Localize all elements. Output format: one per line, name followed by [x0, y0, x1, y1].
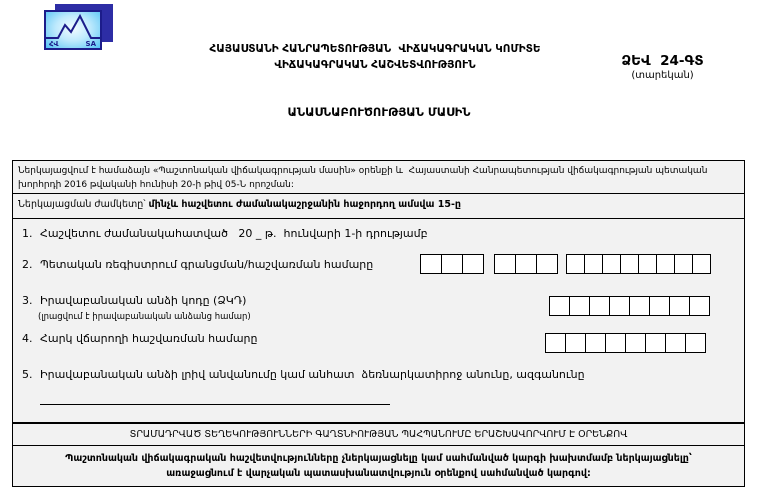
digit-cell[interactable]: [536, 254, 558, 274]
item-4-number: 4.: [22, 332, 33, 345]
legal-basis-text: Ներկայացվում է համաձայն «Պաշտոնական վիճա…: [18, 164, 740, 192]
registry-number-cells-group-2[interactable]: [494, 254, 558, 274]
digit-cell[interactable]: [545, 333, 566, 353]
digit-cell[interactable]: [638, 254, 657, 274]
digit-cell[interactable]: [649, 296, 670, 316]
form-title: ԱՆԱՍՆԱԲՈՒԾՈՒԹՅԱՆ ՄԱՍԻՆ: [99, 105, 659, 119]
digit-cell[interactable]: [420, 254, 442, 274]
armstat-logo: ՀՎ SA: [44, 10, 102, 50]
committee-name: ՀԱՅԱՍՏԱՆԻ ՀԱՆՐԱՊԵՏՈՒԹՅԱՆ ՎԻՃԱԿԱԳՐԱԿԱՆ ԿՈ…: [150, 41, 600, 57]
digit-cell[interactable]: [589, 296, 610, 316]
digit-cell[interactable]: [669, 296, 690, 316]
digit-cell[interactable]: [515, 254, 537, 274]
item-3-number: 3.: [22, 294, 33, 307]
digit-cell[interactable]: [441, 254, 463, 274]
deadline-value: մինչև հաշվետու ժամանակաշրջանին հաջորդող …: [149, 199, 461, 210]
item-1-label: Հաշվետու ժամանակահատված 20 _ թ. հունվարի…: [40, 227, 428, 240]
item-4-label: Հարկ վճարողի հաշվառման համարը: [40, 332, 258, 345]
confidentiality-text: ՏՐԱՄԱԴՐՎԱԾ ՏԵՂԵԿՈՒԹՅՈՒՆՆԵՐԻ ԳԱՂՏՆԻՈՒԹՅԱՆ…: [13, 429, 744, 440]
deadline-row: Ներկայացման ժամկետը՝ մինչև հաշվետու ժամա…: [18, 199, 740, 210]
form-page: ՀՎ SA ՀԱՅԱՍՏԱՆԻ ՀԱՆՐԱՊԵՏՈՒԹՅԱՆ ՎԻՃԱԿԱԳՐԱ…: [0, 0, 758, 491]
digit-cell[interactable]: [685, 333, 706, 353]
taxpayer-number-cells[interactable]: [545, 333, 706, 353]
digit-cell[interactable]: [549, 296, 570, 316]
item-2-label: Պետական ռեգիստրում գրանցման/հաշվառման հա…: [40, 258, 373, 271]
responsibility-text: Պաշտոնական վիճակագրական հաշվետվություննե…: [52, 451, 705, 481]
divider-line: [13, 193, 744, 194]
item-2-number: 2.: [22, 258, 33, 271]
legal-entity-code-cells[interactable]: [549, 296, 710, 316]
deadline-label: Ներկայացման ժամկետը՝: [18, 199, 149, 210]
form-periodicity: (տարեկան): [600, 69, 725, 83]
digit-cell[interactable]: [665, 333, 686, 353]
report-type: ՎԻՃԱԿԱԳՐԱԿԱՆ ՀԱՇՎԵՏՎՈՒԹՅՈՒՆ: [150, 57, 600, 73]
item-5-label: Իրավաբանական անձի լրիվ անվանումը կամ անհ…: [40, 368, 640, 381]
logo-label-right: SA: [86, 40, 96, 48]
registry-number-cells-group-3[interactable]: [566, 254, 711, 274]
digit-cell[interactable]: [645, 333, 666, 353]
digit-cell[interactable]: [620, 254, 639, 274]
digit-cell[interactable]: [565, 333, 586, 353]
digit-cell[interactable]: [609, 296, 630, 316]
digit-cell[interactable]: [692, 254, 711, 274]
form-code-block: ՁԵՎ 24-ԳՏ (տարեկան): [600, 53, 725, 83]
digit-cell[interactable]: [569, 296, 590, 316]
digit-cell[interactable]: [605, 333, 626, 353]
item-5-number: 5.: [22, 368, 33, 381]
item-3-label: Իրավաբանական անձի կոդը (ՁԿԴ): [40, 294, 246, 307]
item-3-note: (լրացվում է իրավաբանական անձանց համար): [38, 312, 251, 322]
digit-cell[interactable]: [656, 254, 675, 274]
logo-label-left: ՀՎ: [49, 40, 59, 48]
digit-cell[interactable]: [585, 333, 606, 353]
digit-cell[interactable]: [462, 254, 484, 274]
header-org-block: ՀԱՅԱՍՏԱՆԻ ՀԱՆՐԱՊԵՏՈՒԹՅԱՆ ՎԻՃԱԿԱԳՐԱԿԱՆ ԿՈ…: [150, 41, 600, 73]
digit-cell[interactable]: [629, 296, 650, 316]
digit-cell[interactable]: [625, 333, 646, 353]
divider-line: [13, 218, 744, 219]
digit-cell[interactable]: [602, 254, 621, 274]
registry-number-cells-group-1[interactable]: [420, 254, 484, 274]
digit-cell[interactable]: [689, 296, 710, 316]
form-code: ՁԵՎ 24-ԳՏ: [600, 53, 725, 69]
digit-cell[interactable]: [494, 254, 516, 274]
digit-cell[interactable]: [584, 254, 603, 274]
item-1-text-before: Հաշվետու ժամանակահատված 20: [40, 227, 256, 240]
entity-name-write-line[interactable]: [40, 404, 390, 405]
digit-cell[interactable]: [674, 254, 693, 274]
digit-cell[interactable]: [566, 254, 585, 274]
item-1-text-after: թ. հունվարի 1-ի դրությամբ: [261, 227, 427, 240]
item-1-number: 1.: [22, 227, 33, 240]
